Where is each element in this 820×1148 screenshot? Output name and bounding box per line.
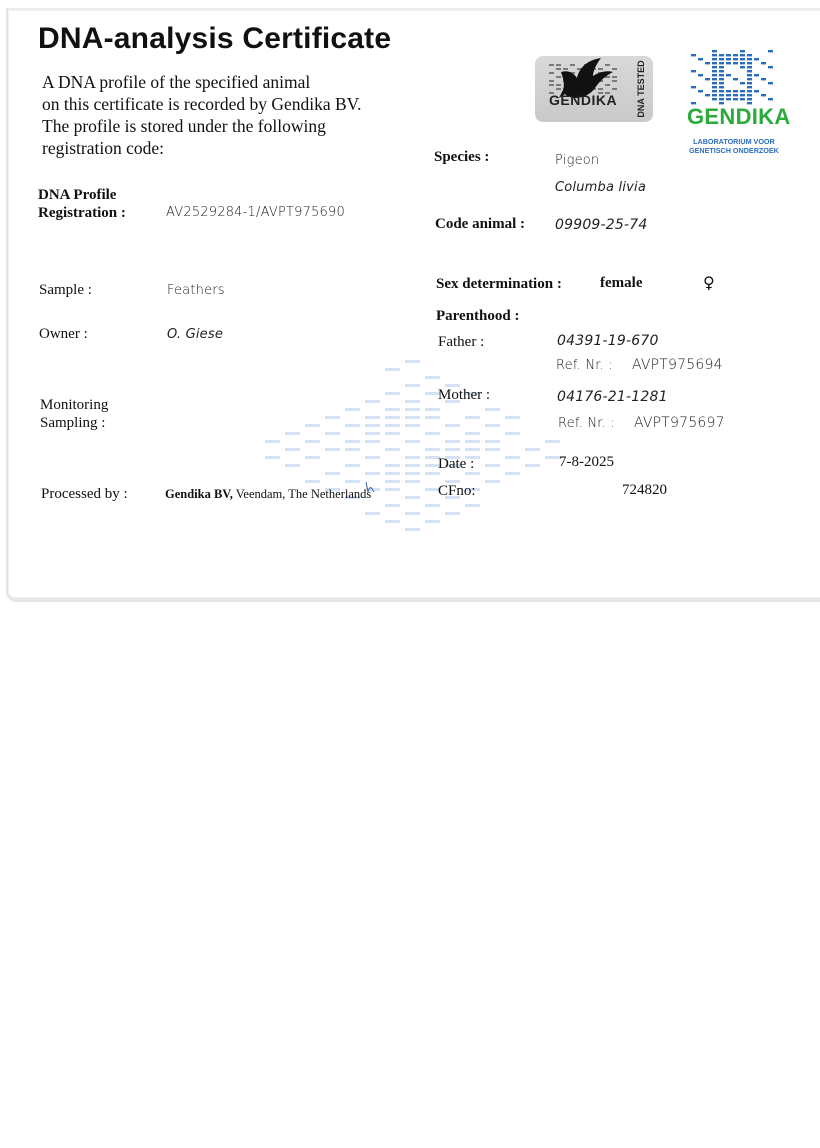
date-value: 7-8-2025 xyxy=(559,454,614,471)
intro-line: The profile is stored under the followin… xyxy=(42,115,361,137)
monitoring-sampling-label: Monitoring Sampling : xyxy=(40,396,108,432)
processed-by-value: Gendika BV, Veendam, The Netherlands xyxy=(165,487,371,502)
species-label: Species : xyxy=(434,149,489,166)
mother-value: 04176-21-1281 xyxy=(557,389,668,405)
female-symbol-icon: ♀ xyxy=(703,273,715,292)
code-animal-value: 09909-25-74 xyxy=(555,217,647,233)
owner-value: O. Giese xyxy=(167,327,223,342)
mother-ref-label: Ref. Nr. : xyxy=(558,416,615,431)
species-common-value: Pigeon xyxy=(555,153,599,168)
signature-mark xyxy=(364,480,380,496)
stamp-tag: DNA TESTED xyxy=(636,60,646,117)
registration-value: AV2529284-1/AVPT975690 xyxy=(166,205,345,220)
date-label: Date : xyxy=(438,456,474,473)
cfno-label: CFno: xyxy=(438,483,476,500)
sample-value: Feathers xyxy=(167,283,225,298)
parenthood-label: Parenthood : xyxy=(436,308,519,325)
sex-determination-label: Sex determination : xyxy=(436,276,562,293)
father-label: Father : xyxy=(438,334,484,351)
father-value: 04391-19-670 xyxy=(557,333,659,349)
dna-tested-stamp: GENDIKA DNA TESTED xyxy=(535,56,653,122)
owner-label: Owner : xyxy=(39,326,88,343)
intro-line: on this certificate is recorded by Gendi… xyxy=(42,93,361,115)
registration-label: DNA Profile Registration : xyxy=(38,186,126,222)
gendika-logo-icon xyxy=(684,50,784,108)
cfno-value: 724820 xyxy=(622,482,667,499)
mother-label: Mother : xyxy=(438,387,490,404)
certificate-title: DNA-analysis Certificate xyxy=(38,22,391,56)
father-ref-label: Ref. Nr. : xyxy=(556,358,613,373)
sex-value: female xyxy=(600,275,642,292)
stamp-brand: GENDIKA xyxy=(549,92,617,108)
watermark-dna-pattern-icon xyxy=(265,360,575,540)
intro-line: registration code: xyxy=(42,137,361,159)
mother-ref-value: AVPT975697 xyxy=(634,415,725,431)
sample-label: Sample : xyxy=(39,282,92,299)
processed-by-label: Processed by : xyxy=(41,486,128,503)
intro-line: A DNA profile of the specified animal xyxy=(42,71,361,93)
logo-name: GENDIKA xyxy=(687,104,791,130)
logo-subtitle: LABORATORIUM VOOR GENETISCH ONDERZOEK xyxy=(689,137,779,155)
code-animal-label: Code animal : xyxy=(435,216,525,233)
species-latin-value: Columba livia xyxy=(555,180,646,195)
father-ref-value: AVPT975694 xyxy=(632,357,723,373)
certificate-intro: A DNA profile of the specified animal on… xyxy=(42,71,361,159)
